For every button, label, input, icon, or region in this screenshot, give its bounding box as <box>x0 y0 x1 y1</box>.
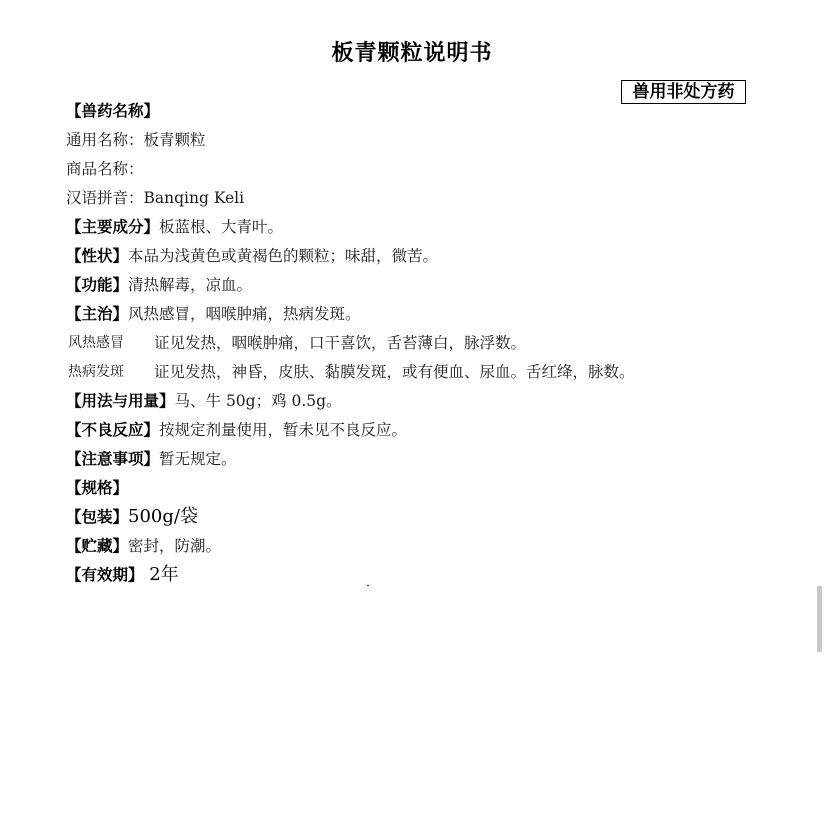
section-text: 500g/袋 <box>128 505 198 529</box>
section-text: 风热感冒，咽喉肿痛，热病发斑。 <box>128 302 361 326</box>
section-header: 【不良反应】 <box>66 418 159 442</box>
section-storage: 【贮藏】 密封，防潮。 <box>66 531 635 560</box>
section-text: 本品为浅黄色或黄褐色的颗粒；味甜，微苦。 <box>128 244 438 268</box>
indication-text: 证见发热，神昏，皮肤、黏膜发斑，或有便血、尿血。舌红绛，脉数。 <box>154 360 635 384</box>
section-header: 【性状】 <box>66 244 128 268</box>
section-indications: 【主治】 风热感冒，咽喉肿痛，热病发斑。 <box>66 299 635 328</box>
field-generic-name: 通用名称： 板青颗粒 <box>66 125 635 154</box>
section-function: 【功能】 清热解毒，凉血。 <box>66 270 635 299</box>
field-trade-name: 商品名称： <box>66 154 635 183</box>
section-header: 【注意事项】 <box>66 447 159 471</box>
field-value: Banqing Keli <box>144 186 245 210</box>
section-precautions: 【注意事项】 暂无规定。 <box>66 444 635 473</box>
field-value: 板青颗粒 <box>144 128 206 152</box>
section-header: 【主治】 <box>66 302 128 326</box>
vertical-scrollbar[interactable] <box>817 586 822 652</box>
field-label: 汉语拼音： <box>66 186 144 210</box>
section-shelf-life: 【有效期】 2年 <box>66 560 635 589</box>
section-appearance: 【性状】 本品为浅黄色或黄褐色的颗粒；味甜，微苦。 <box>66 241 635 270</box>
section-text: 2年 <box>144 563 179 587</box>
section-header: 【功能】 <box>66 273 128 297</box>
section-text: 板蓝根、大青叶。 <box>159 215 283 239</box>
section-text: 密封，防潮。 <box>128 534 221 558</box>
section-header: 【主要成分】 <box>66 215 159 239</box>
section-text: 清热解毒，凉血。 <box>128 273 252 297</box>
section-header: 【有效期】 <box>66 563 144 587</box>
section-header: 【规格】 <box>66 476 128 500</box>
document-title: 板青颗粒说明书 <box>0 36 824 67</box>
field-label: 商品名称： <box>66 157 144 181</box>
indication-text: 证见发热，咽喉肿痛，口干喜饮，舌苔薄白，脉浮数。 <box>154 331 526 355</box>
section-text: 马、牛 50g；鸡 0.5g。 <box>175 389 342 413</box>
stray-mark <box>367 585 369 586</box>
document-body: 【兽药名称】 通用名称： 板青颗粒 商品名称： 汉语拼音： Banqing Ke… <box>66 96 635 589</box>
section-text: 暂无规定。 <box>159 447 237 471</box>
section-packaging: 【包装】 500g/袋 <box>66 502 635 531</box>
section-text: 按规定剂量使用，暂未见不良反应。 <box>159 418 407 442</box>
indication-detail-heat-macula: 热病发斑 证见发热，神昏，皮肤、黏膜发斑，或有便血、尿血。舌红绛，脉数。 <box>66 357 635 386</box>
section-dosage: 【用法与用量】 马、牛 50g；鸡 0.5g。 <box>66 386 635 415</box>
section-specification: 【规格】 <box>66 473 635 502</box>
section-drug-name: 【兽药名称】 <box>66 96 635 125</box>
section-adverse-reactions: 【不良反应】 按规定剂量使用，暂未见不良反应。 <box>66 415 635 444</box>
indication-label: 热病发斑 <box>66 360 154 384</box>
field-label: 通用名称： <box>66 128 144 152</box>
otc-badge: 兽用非处方药 <box>621 80 746 104</box>
field-pinyin: 汉语拼音： Banqing Keli <box>66 183 635 212</box>
section-header: 【包装】 <box>66 505 128 529</box>
indication-label: 风热感冒 <box>66 331 154 355</box>
section-header: 【用法与用量】 <box>66 389 175 413</box>
section-ingredients: 【主要成分】 板蓝根、大青叶。 <box>66 212 635 241</box>
section-header: 【贮藏】 <box>66 534 128 558</box>
indication-detail-wind-heat: 风热感冒 证见发热，咽喉肿痛，口干喜饮，舌苔薄白，脉浮数。 <box>66 328 635 357</box>
section-header: 【兽药名称】 <box>66 99 159 123</box>
